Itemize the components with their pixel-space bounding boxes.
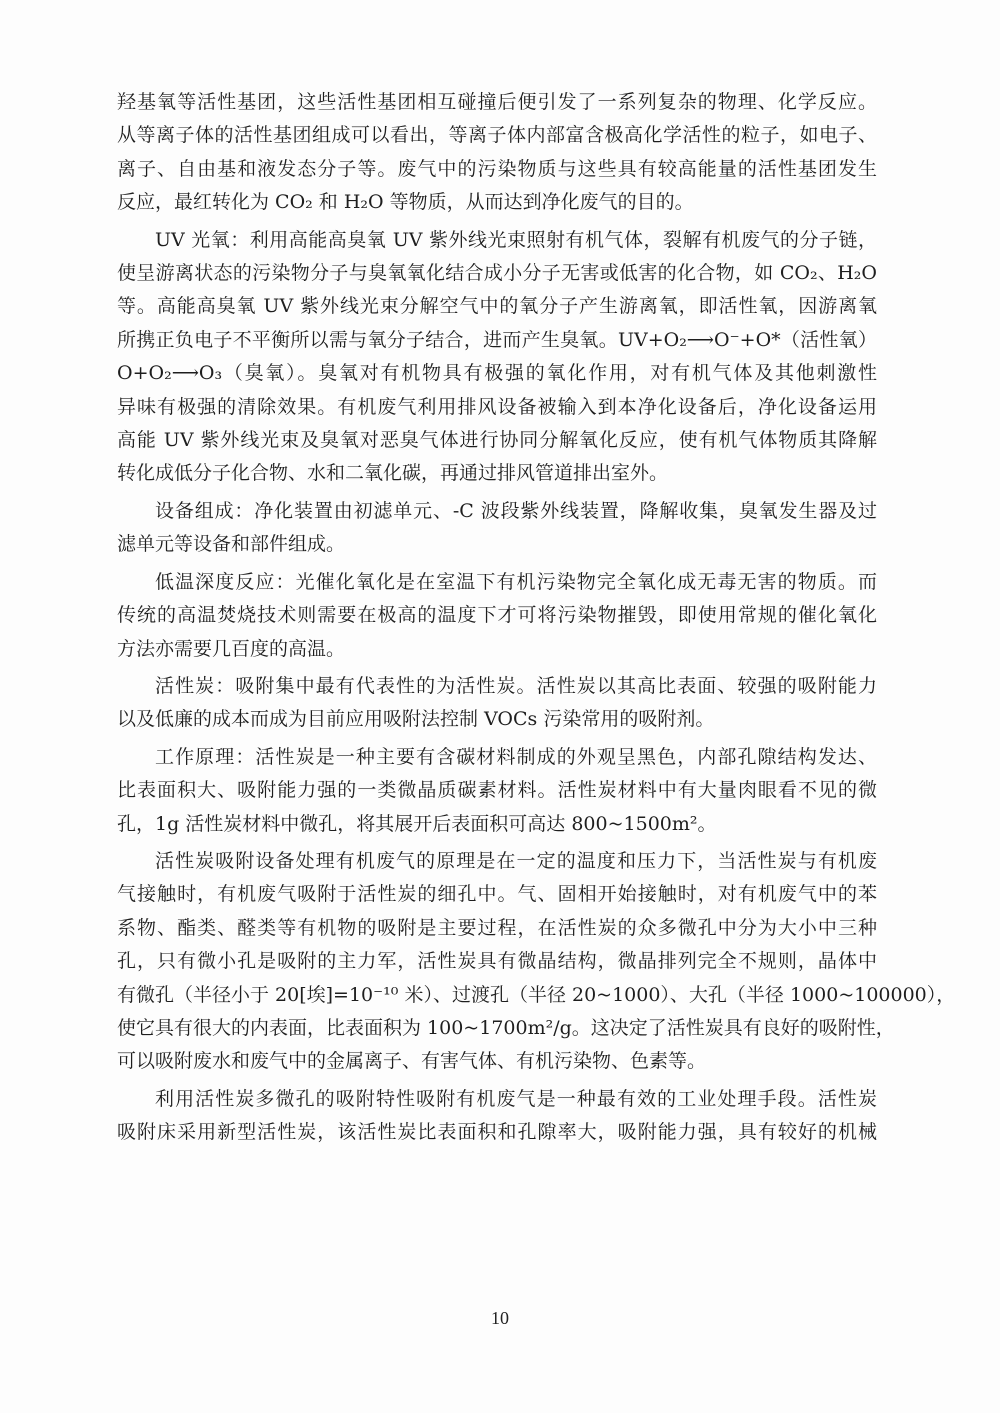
text-line: 吸附床采用新型活性炭，该活性炭比表面积和孔隙率大，吸附能力强，具有较好的机械 xyxy=(117,1116,877,1149)
text-line: O+O₂⟶O₃（臭氧）。臭氧对有机物具有极强的氧化作用，对有机气体及其他刺激性 xyxy=(117,357,877,390)
text-line: 使呈游离状态的污染物分子与臭氧氧化结合成小分子无害或低害的化合物，如 CO₂、H… xyxy=(117,257,877,290)
text-line: 滤单元等设备和部件组成。 xyxy=(117,528,877,561)
text-line: 低温深度反应：光催化氧化是在室温下有机污染物完全氧化成无毒无害的物质。而 xyxy=(117,566,877,599)
text-line: 传统的高温焚烧技术则需要在极高的温度下才可将污染物摧毁，即使用常规的催化氧化 xyxy=(117,599,877,632)
text-line: 孔，只有微小孔是吸附的主力军，活性炭具有微晶结构，微晶排列完全不规则，晶体中 xyxy=(117,945,877,978)
paragraph-adsorption-bed: 利用活性炭多微孔的吸附特性吸附有机废气是一种最有效的工业处理手段。活性炭 吸附床… xyxy=(117,1083,877,1150)
text-line: 方法亦需要几百度的高温。 xyxy=(117,633,877,666)
document-page: 羟基氧等活性基团，这些活性基团相互碰撞后便引发了一系列复杂的物理、化学反应。 从… xyxy=(0,0,1000,1413)
text-line: 所携正负电子不平衡所以需与氧分子结合，进而产生臭氧。UV+O₂⟶O⁻+O*（活性… xyxy=(117,324,877,357)
text-line: 比表面积大、吸附能力强的一类微晶质碳素材料。活性炭材料中有大量肉眼看不见的微 xyxy=(117,774,877,807)
paragraph-working-principle: 工作原理：活性炭是一种主要有含碳材料制成的外观呈黑色，内部孔隙结构发达、 比表面… xyxy=(117,741,877,841)
text-line: 等。高能高臭氧 UV 紫外线光束分解空气中的氧分子产生游离氧，即活性氧，因游离氧 xyxy=(117,290,877,323)
paragraph-activated-carbon: 活性炭：吸附集中最有代表性的为活性炭。活性炭以其高比表面、较强的吸附能力 以及低… xyxy=(117,670,877,737)
text-line: 羟基氧等活性基团，这些活性基团相互碰撞后便引发了一系列复杂的物理、化学反应。 xyxy=(117,86,877,119)
text-line: 设备组成：净化装置由初滤单元、-C 波段紫外线装置，降解收集，臭氧发生器及过 xyxy=(117,495,877,528)
text-line: 活性炭：吸附集中最有代表性的为活性炭。活性炭以其高比表面、较强的吸附能力 xyxy=(117,670,877,703)
page-body: 羟基氧等活性基团，这些活性基团相互碰撞后便引发了一系列复杂的物理、化学反应。 从… xyxy=(117,86,877,1154)
text-line: 高能 UV 紫外线光束及臭氧对恶臭气体进行协同分解氧化反应，使有机气体物质其降解 xyxy=(117,424,877,457)
text-line: 利用活性炭多微孔的吸附特性吸附有机废气是一种最有效的工业处理手段。活性炭 xyxy=(117,1083,877,1116)
text-line: UV 光氧：利用高能高臭氧 UV 紫外线光束照射有机气体，裂解有机废气的分子链， xyxy=(117,224,877,257)
text-line: 反应，最红转化为 CO₂ 和 H₂O 等物质，从而达到净化废气的目的。 xyxy=(117,186,877,219)
text-line: 孔，1g 活性炭材料中微孔，将其展开后表面积可高达 800~1500m²。 xyxy=(117,808,877,841)
paragraph-equipment-composition: 设备组成：净化装置由初滤单元、-C 波段紫外线装置，降解收集，臭氧发生器及过 滤… xyxy=(117,495,877,562)
text-line: 转化成低分子化合物、水和二氧化碳，再通过排风管道排出室外。 xyxy=(117,457,877,490)
paragraph-plasma-continued: 羟基氧等活性基团，这些活性基团相互碰撞后便引发了一系列复杂的物理、化学反应。 从… xyxy=(117,86,877,220)
text-line: 有微孔（半径小于 20[埃]=10⁻¹⁰ 米）、过渡孔（半径 20~1000）、… xyxy=(117,979,877,1012)
text-line: 可以吸附废水和废气中的金属离子、有害气体、有机污染物、色素等。 xyxy=(117,1045,877,1078)
paragraph-adsorption-principle: 活性炭吸附设备处理有机废气的原理是在一定的温度和压力下，当活性炭与有机废 气接触… xyxy=(117,845,877,1079)
text-line: 以及低廉的成本而成为目前应用吸附法控制 VOCs 污染常用的吸附剂。 xyxy=(117,703,877,736)
text-line: 离子、自由基和液发态分子等。废气中的污染物质与这些具有较高能量的活性基团发生 xyxy=(117,153,877,186)
text-line: 异味有极强的清除效果。有机废气利用排风设备被输入到本净化设备后，净化设备运用 xyxy=(117,391,877,424)
text-line: 使它具有很大的内表面，比表面积为 100~1700m²/g。这决定了活性炭具有良… xyxy=(117,1012,877,1045)
text-line: 气接触时，有机废气吸附于活性炭的细孔中。气、固相开始接触时，对有机废气中的苯 xyxy=(117,878,877,911)
text-line: 活性炭吸附设备处理有机废气的原理是在一定的温度和压力下，当活性炭与有机废 xyxy=(117,845,877,878)
text-line: 工作原理：活性炭是一种主要有含碳材料制成的外观呈黑色，内部孔隙结构发达、 xyxy=(117,741,877,774)
text-line: 系物、酯类、醛类等有机物的吸附是主要过程，在活性炭的众多微孔中分为大小中三种 xyxy=(117,912,877,945)
paragraph-uv-photo-oxidation: UV 光氧：利用高能高臭氧 UV 紫外线光束照射有机气体，裂解有机废气的分子链，… xyxy=(117,224,877,491)
text-line: 从等离子体的活性基团组成可以看出，等离子体内部富含极高化学活性的粒子，如电子、 xyxy=(117,119,877,152)
page-number: 10 xyxy=(0,1308,1000,1329)
paragraph-low-temperature-reaction: 低温深度反应：光催化氧化是在室温下有机污染物完全氧化成无毒无害的物质。而 传统的… xyxy=(117,566,877,666)
